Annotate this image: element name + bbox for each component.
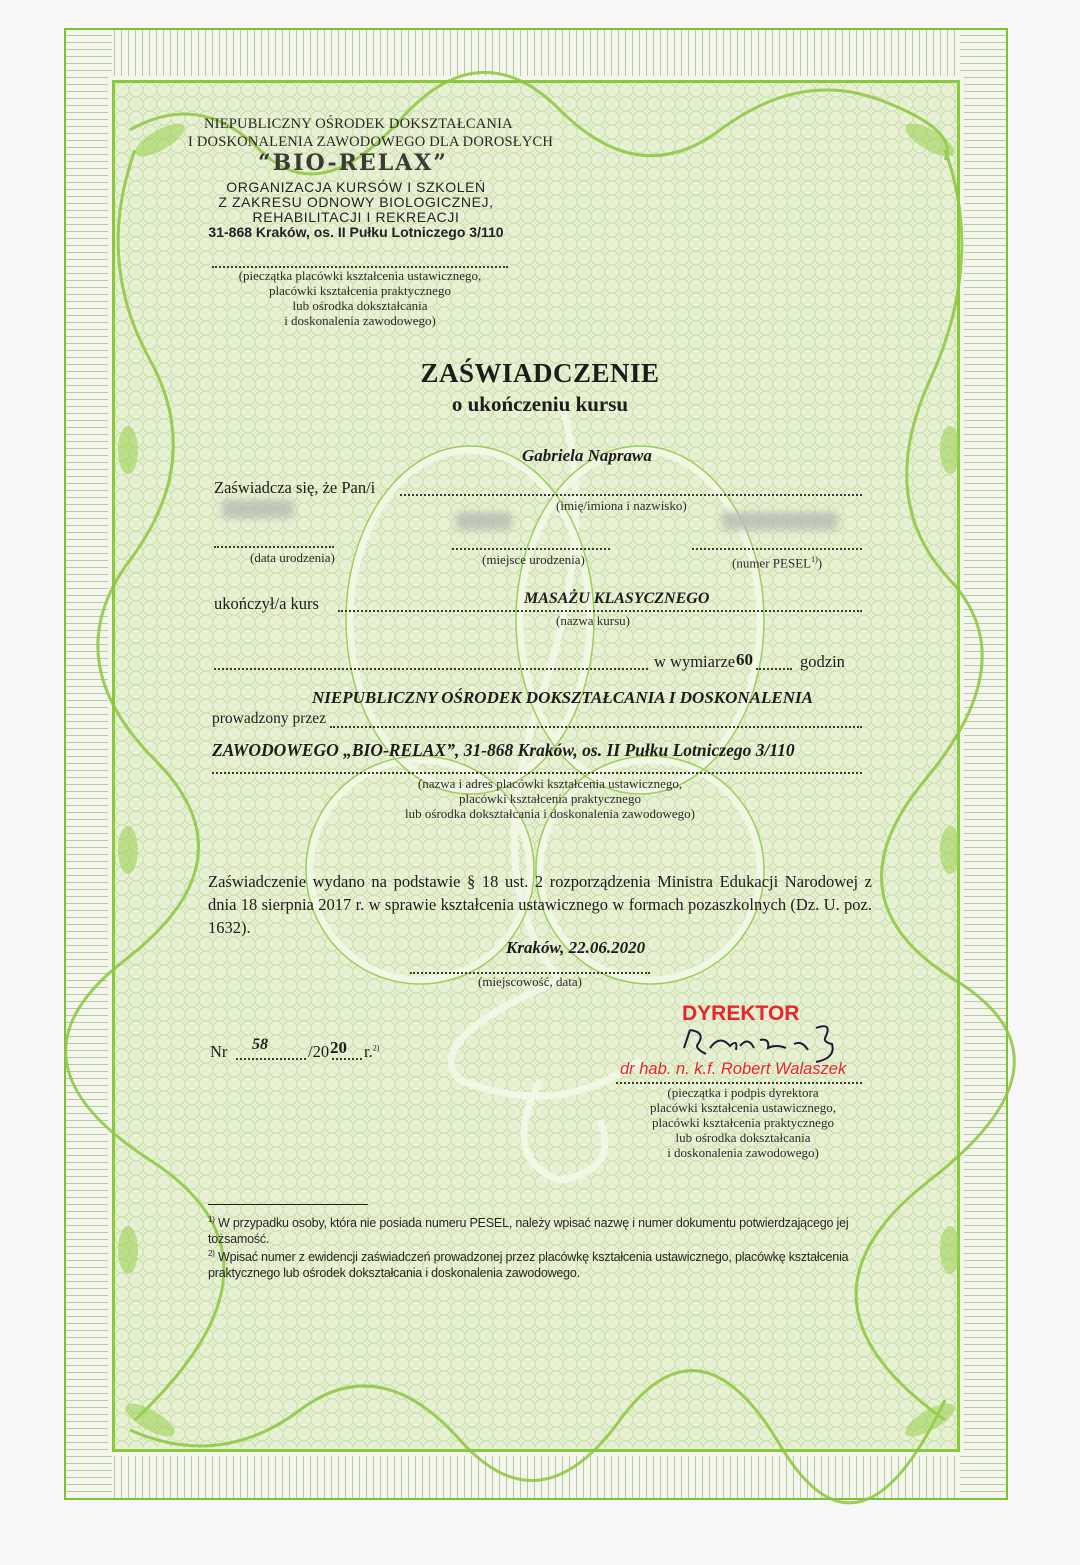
footnote-1: 1) W przypadku osoby, która nie posiada … xyxy=(208,1212,872,1247)
birth-date-dotted-line xyxy=(214,546,334,548)
birth-place-dotted-line xyxy=(452,548,610,550)
number-prefix: Nr xyxy=(210,1042,227,1062)
legal-basis-text: Zaświadczenie wydano na podstawie § 18 u… xyxy=(208,870,872,939)
birth-date-caption: (data urodzenia) xyxy=(250,550,335,565)
person-name-caption: (imię/imiona i nazwisko) xyxy=(556,498,687,513)
hours-prefix: w wymiarze xyxy=(654,652,735,672)
course-continuation-dotted-line xyxy=(214,668,648,670)
organizer-dotted-line xyxy=(330,726,862,728)
organizer-caption: (nazwa i adres placówki kształcenia usta… xyxy=(370,776,730,821)
number-dotted-line xyxy=(236,1058,306,1060)
place-date-value: Kraków, 22.06.2020 xyxy=(506,938,645,958)
number-year-prefix: /20 xyxy=(308,1042,329,1062)
course-name-dotted-line xyxy=(338,610,862,612)
organizer-label: prowadzony przez xyxy=(212,710,326,728)
place-date-caption: (miejscowość, data) xyxy=(478,974,582,989)
footnote-2: 2) Wpisać numer z ewidencji zaświadczeń … xyxy=(208,1246,872,1281)
stamp-line-5: REHABILITACJI I REKREACJI xyxy=(196,210,516,225)
director-stamp-name: dr hab. n. k.f. Robert Walaszek xyxy=(620,1060,846,1079)
redacted-birth-date xyxy=(222,500,294,518)
hours-dotted-line xyxy=(756,668,792,670)
person-intro-label: Zaświadcza się, że Pan/i xyxy=(214,478,375,498)
number-value: 58 xyxy=(252,1036,268,1054)
signature-icon xyxy=(676,1018,856,1066)
person-name-value: Gabriela Naprawa xyxy=(522,446,652,466)
course-name-value: MASAŻU KLASYCZNEGO xyxy=(524,590,709,608)
course-name-caption: (nazwa kursu) xyxy=(556,613,630,628)
organizer-line1-value: NIEPUBLICZNY OŚRODEK DOKSZTAŁCANIA I DOS… xyxy=(312,688,813,708)
stamp-caption: (pieczątka placówki kształcenia ustawicz… xyxy=(200,268,520,328)
number-year-value: 20 xyxy=(330,1038,347,1058)
director-caption: (pieczątka i podpis dyrektora placówki k… xyxy=(618,1085,868,1160)
redacted-pesel xyxy=(722,512,838,530)
course-label: ukończył/a kurs xyxy=(214,594,319,614)
redacted-birth-place xyxy=(456,512,512,530)
hours-suffix: godzin xyxy=(800,652,845,672)
pesel-caption: (numer PESEL1)) xyxy=(732,552,822,570)
director-dotted-line xyxy=(616,1082,862,1084)
birth-place-caption: (miejsce urodzenia) xyxy=(482,552,585,567)
organizer-line2-value: ZAWODOWEGO „BIO-RELAX”, 31-868 Kraków, o… xyxy=(212,740,795,761)
hours-value: 60 xyxy=(736,650,753,670)
certificate-subtitle: o ukończeniu kursu xyxy=(340,392,740,417)
certificate-content: NIEPUBLICZNY OŚRODEK DOKSZTAŁCANIA I DOS… xyxy=(0,0,1080,1565)
stamp-brand-name: “BIO-RELAX” xyxy=(258,150,448,176)
number-year-dotted-line xyxy=(332,1058,362,1060)
certificate-title: ZAŚWIADCZENIE xyxy=(340,358,740,389)
stamp-address: 31-868 Kraków, os. II Pułku Lotniczego 3… xyxy=(196,225,516,240)
stamp-line-3: ORGANIZACJA KURSÓW I SZKOLEŃ xyxy=(196,180,516,195)
organizer-line2-dotted-line xyxy=(212,772,862,774)
number-suffix: r.2) xyxy=(364,1042,379,1062)
stamp-line-1: NIEPUBLICZNY OŚRODEK DOKSZTAŁCANIA xyxy=(204,116,513,133)
stamp-line-2: I DOSKONALENIA ZAWODOWEGO DLA DOROSŁYCH xyxy=(188,134,553,151)
stamp-line-4: Z ZAKRESU ODNOWY BIOLOGICZNEJ, xyxy=(196,195,516,210)
footnote-divider xyxy=(208,1204,368,1205)
pesel-dotted-line xyxy=(692,548,862,550)
person-name-dotted-line xyxy=(400,494,862,496)
